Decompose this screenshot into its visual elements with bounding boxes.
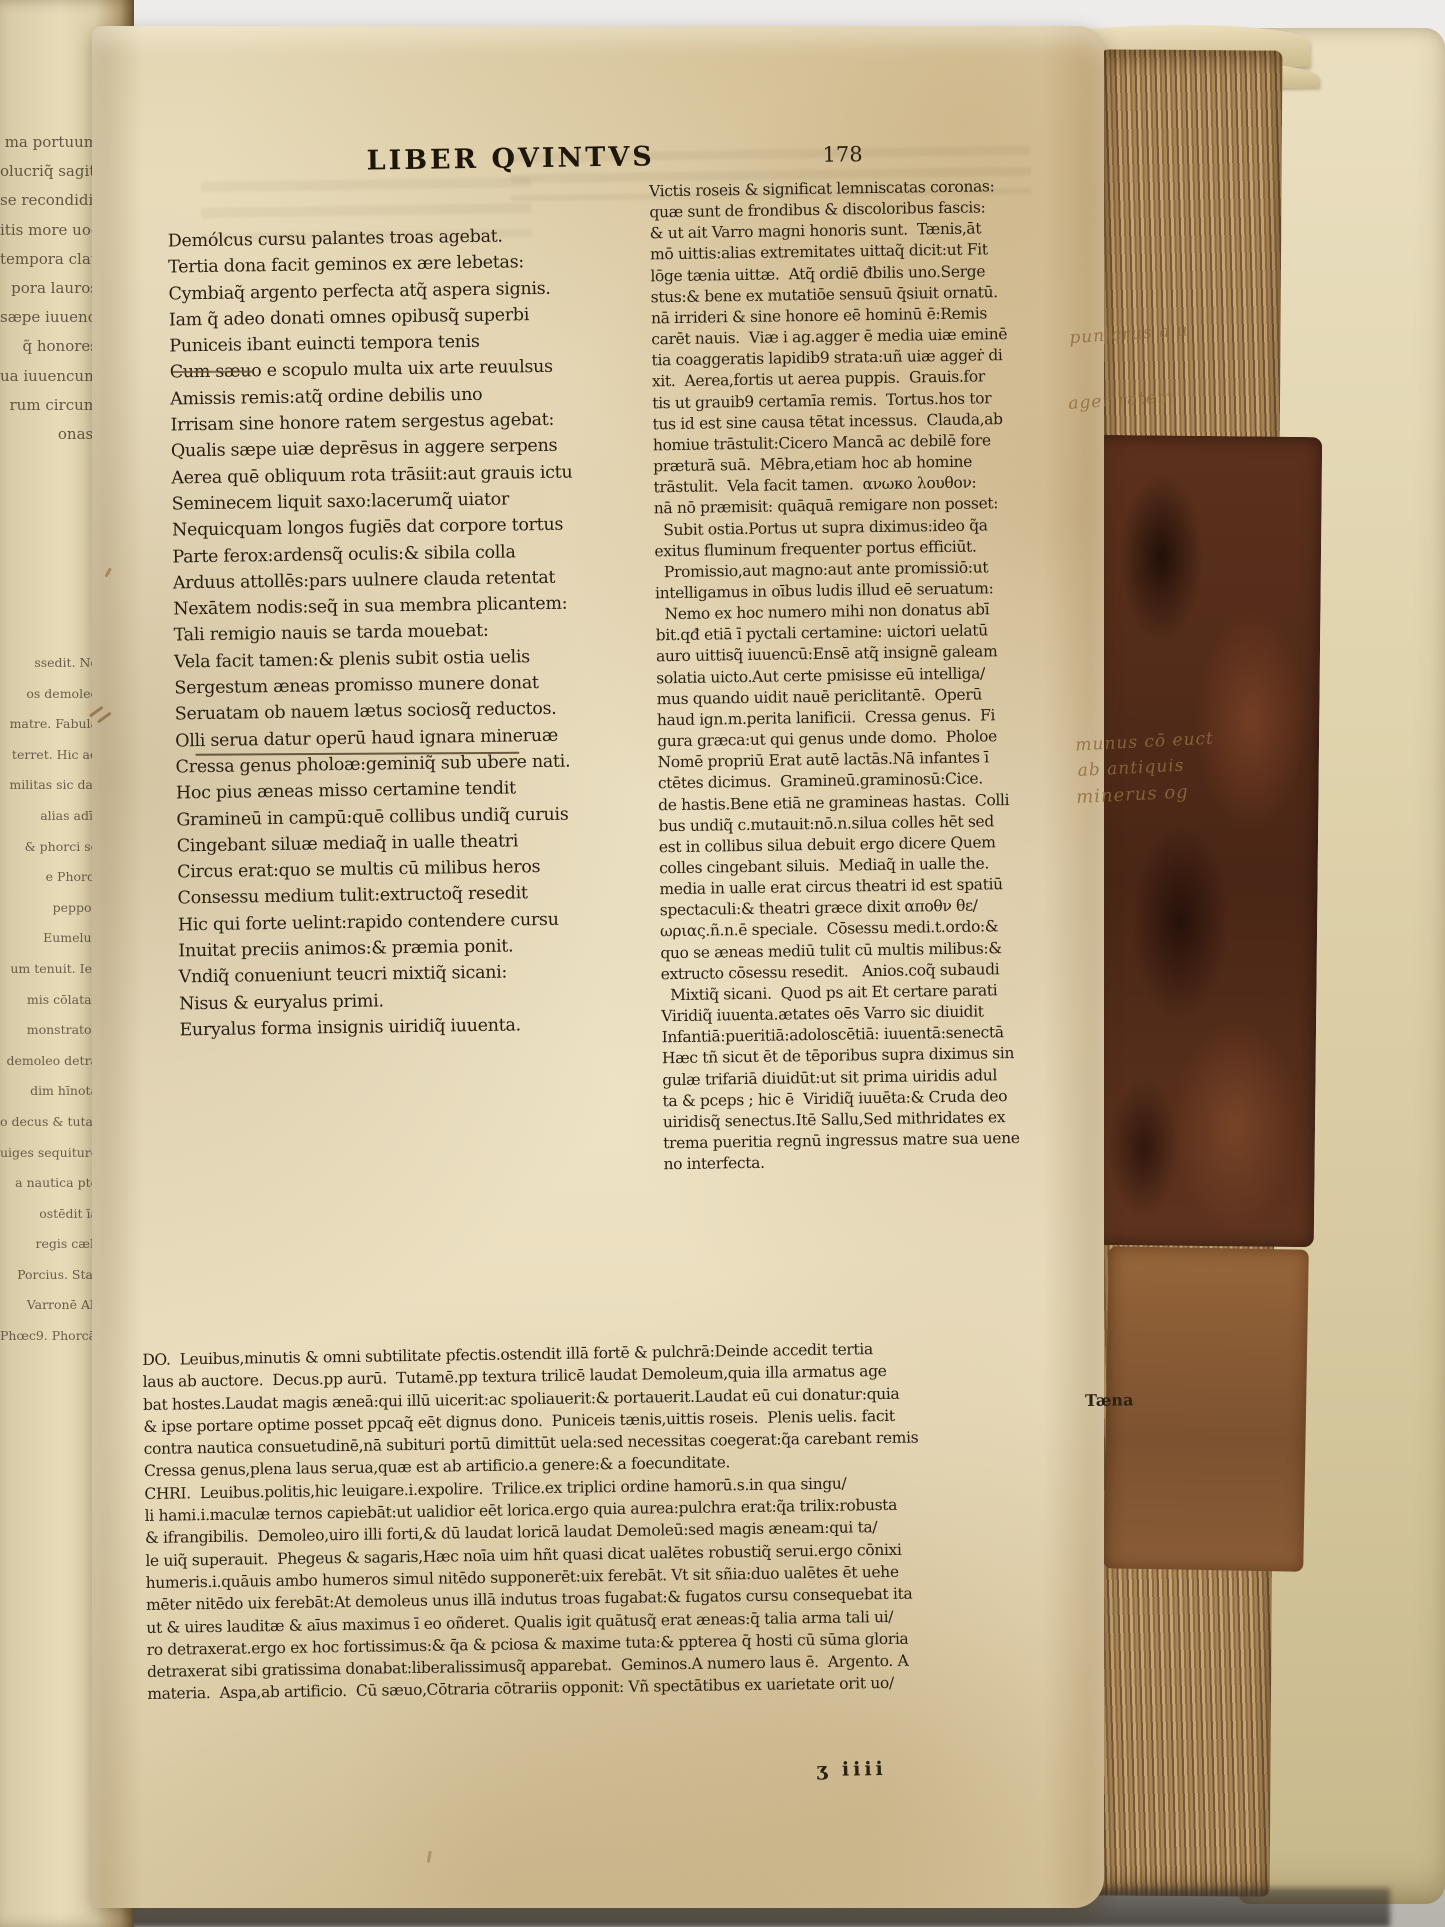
- text-line: Phœc9. Phorcāti: [0, 1321, 98, 1352]
- text-line: Porcius. Stat: [0, 1260, 98, 1291]
- text-line: onas.: [0, 420, 98, 449]
- commentary-column: Victis roseis & significat lemniscatas c…: [649, 175, 1076, 1175]
- bottom-commentary-block: DO. Leuibus,minutis & omni subtilitate p…: [142, 1335, 1083, 1706]
- recto-page: LIBER QVINTVS 178 Demólcus cursu palante…: [92, 26, 1104, 1908]
- text-line: matre. Fabula: [0, 709, 98, 740]
- text-line: terret. Hic ad: [0, 740, 98, 771]
- running-title: LIBER QVINTVS: [366, 141, 655, 176]
- leather-patch: [1103, 1246, 1309, 1571]
- text-line: ostēdit īa: [0, 1199, 98, 1230]
- photo-backdrop: ma portuumolucriq̃ sagitase recondidit a…: [0, 0, 1445, 1927]
- folio-number: 178: [822, 142, 862, 167]
- text-line: monstratos: [0, 1015, 98, 1046]
- text-line: Euryalus forma insignis uiridiq̃ iuuenta…: [179, 1011, 599, 1044]
- text-line: um tenuit. Ier: [0, 954, 98, 985]
- text-line: mis cōlatas: [0, 985, 98, 1016]
- text-line: militas sic dat: [0, 770, 98, 801]
- signature-mark: ʒ iiii: [816, 1758, 887, 1781]
- text-line: o decus & tutamē: [0, 1107, 98, 1138]
- text-line: ssedit. Nō: [0, 648, 98, 679]
- text-line: e Phorci: [0, 862, 98, 893]
- text-line: peppos: [0, 893, 98, 924]
- text-line: Eumelus: [0, 923, 98, 954]
- text-line: a nautica ptē: [0, 1168, 98, 1199]
- text-line: demoleo detra: [0, 1046, 98, 1077]
- pen-mark: [89, 706, 104, 718]
- left-page-text-fragments-lower: ssedit. Nōos demoleomatre. Fabulaterret.…: [0, 648, 98, 1352]
- page-content: LIBER QVINTVS 178 Demólcus cursu palante…: [79, 19, 1119, 1916]
- marbled-leather-patch: [1086, 435, 1322, 1247]
- text-line: os demoleo: [0, 679, 98, 710]
- margin-print-word: Tæna: [1085, 1390, 1134, 1410]
- text-line: uiges sequiturq̃: [0, 1138, 98, 1169]
- pen-mark: [104, 567, 111, 577]
- pen-mark: [97, 712, 112, 724]
- text-line: regis cæli: [0, 1229, 98, 1260]
- text-line: Varronē Ab: [0, 1290, 98, 1321]
- text-line: alias adīt: [0, 801, 98, 832]
- text-line: & phorci se: [0, 832, 98, 863]
- verse-column: Demólcus cursu palantes troas agebat.Ter…: [168, 222, 600, 1043]
- ink-underline: [172, 371, 254, 373]
- text-line: dim hīnota: [0, 1076, 98, 1107]
- pen-mark: [427, 1851, 432, 1863]
